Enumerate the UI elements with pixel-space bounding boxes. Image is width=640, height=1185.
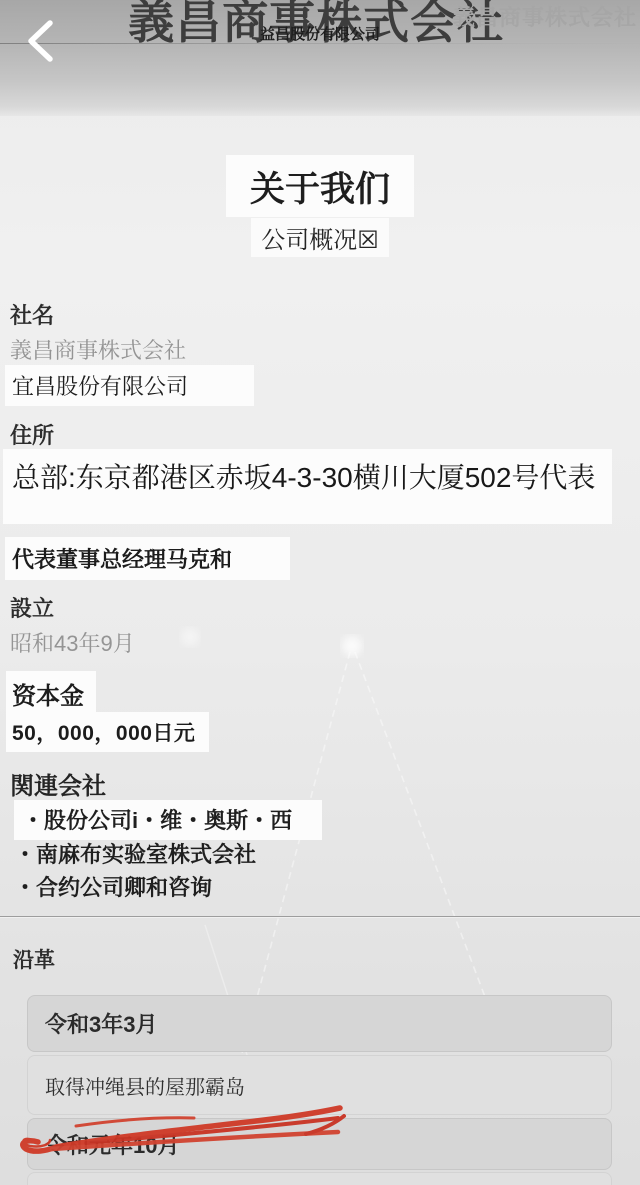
page-title: 关于我们 (226, 155, 414, 217)
company-name-translated: 宜昌股份有限公司 (5, 365, 254, 406)
page-header: 義昌商事株式会社 義昌商事株式会社 益昌股份有限公司 (0, 0, 640, 116)
company-name-label: 社名 (10, 299, 54, 330)
header-divider (0, 43, 640, 44)
chevron-left-icon (20, 16, 64, 66)
representative-line: 代表董事总经理马克和 (5, 537, 290, 580)
affiliate-item: ・股份公司i・维・奥斯・西 (14, 800, 322, 840)
page-subtitle: 公司概况☒ (251, 218, 389, 257)
capital-label: 资本金 (6, 671, 96, 716)
back-button[interactable] (20, 16, 64, 66)
affiliates-label: 関連会社 (10, 766, 106, 801)
about-section: 关于我们 公司概况☒ (0, 155, 640, 257)
address-label: 住所 (10, 419, 54, 450)
history-item-body: 取得冲绳县的屋那霸岛 (27, 1055, 612, 1115)
affiliate-item: ・合约公司卿和咨询 (14, 871, 212, 902)
history-item-header[interactable]: 令和元年10月 (27, 1118, 612, 1170)
affiliate-item: ・南麻布实验室株式会社 (14, 838, 256, 869)
history-item-event: 取得冲绳县的屋那霸岛 (45, 1071, 245, 1100)
capital-value: 50，000，000日元 (6, 712, 209, 752)
company-name-original: 義昌商事株式会社 (10, 334, 186, 365)
history-item-body-clipped (27, 1172, 612, 1185)
company-about-page: 義昌商事株式会社 義昌商事株式会社 益昌股份有限公司 关于我们 公司概况☒ 社名… (0, 0, 640, 1185)
history-label: 沿革 (13, 944, 55, 974)
history-item-header[interactable]: 令和3年3月 (27, 995, 612, 1052)
history-item-date: 令和元年10月 (45, 1129, 179, 1160)
established-value: 昭和43年9月 (10, 627, 135, 658)
section-divider (0, 916, 640, 917)
history-item-date: 令和3年3月 (45, 1008, 157, 1039)
company-subtitle: 益昌股份有限公司 (0, 23, 640, 44)
established-label: 設立 (10, 592, 54, 623)
address-value: 总部:东京都港区赤坂4-3-30横川大厦502号代表 (3, 449, 612, 524)
